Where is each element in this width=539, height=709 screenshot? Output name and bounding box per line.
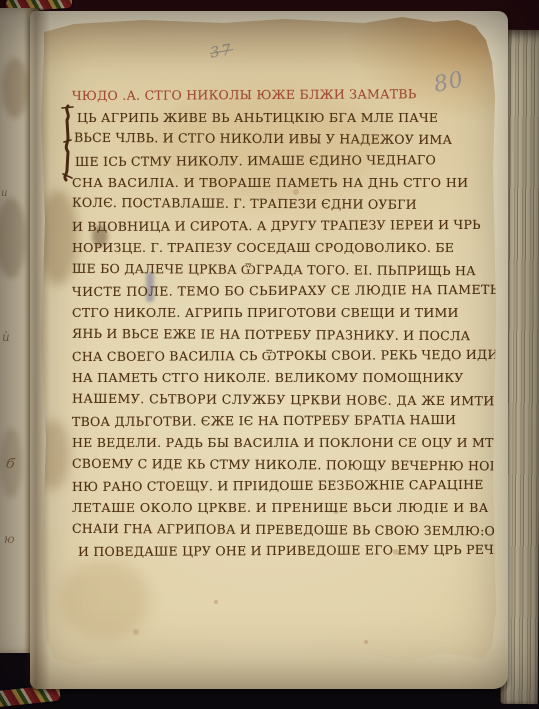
text-block: ЧЮДО .А. СТГО НИКОЛЫ ЮЖЕ БЛЖИ ЗАМАТВЬ ЦЬ… (72, 84, 476, 562)
text-line: ЦЬ АГРИПЬ ЖИВЕ ВЬ АНЬТИЦКІЮ БГА МЛЕ ПАЧЕ (77, 107, 476, 129)
text-line: ШЕ БО ДАЛЕЧЕ ЦРКВА ѾГРАДА ТОГО. ЕІ. ПЬПР… (72, 257, 476, 281)
text-line: И ВДОВНИЦА И СИРОТА. А ДРУГУ ТРАПЕЗУ ІЕР… (72, 214, 476, 238)
text-line: ЯНЬ И ВЬСЕ ЕЖЕ ІЕ НА ПОТРЕБУ ПРАЗНИКУ. И… (72, 322, 476, 346)
text-line: И ПОВЕДАШЕ ЦРУ ОНЕ И ПРИВЕДОШЕ ЕГО ЕМУ Ц… (78, 539, 476, 563)
corner-stain (60, 560, 150, 640)
photo-background: ѝ б ю и 37 80 ЧЮДО .А. СТГО НИКОЛЫ ЮЖЕ Б… (0, 0, 539, 709)
text-line: ШЕ ІСЬ СТМУ НИКОЛУ. ИМАШЕ ЄДИНО ЧЕДНАГО (75, 149, 476, 173)
facing-page-ink-mark: ю (4, 532, 15, 546)
rubric-title-line: ЧЮДО .А. СТГО НИКОЛЫ ЮЖЕ БЛЖИ ЗАМАТВЬ (72, 83, 476, 107)
text-line: ЧИСТЕ ПОЛЕ. ТЕМО БО СЬБИРАХУ СЕ ЛЮДІЕ НА… (72, 279, 476, 303)
facing-page-ink-mark: ѝ (2, 330, 10, 344)
text-line: ЛЕТАШЕ ОКОЛО ЦРКВЕ. И ПРЕНИШЕ ВЬСИ ЛЮДІЕ… (72, 497, 476, 519)
text-line: ТВОА ДЛЬГОТВИ. ЄЖЕ ІЄ НА ПОТРЕБУ БРАТІА … (72, 409, 476, 433)
text-line: КОЛЄ. ПОСТАВЛАШЕ. Г. ТРАПЕЗИ ЄДНИ ОУБГИ (72, 192, 476, 216)
text-line: СВОЕМУ С ИДЕ КЬ СТМУ НИКОЛЕ. ПОЮЩУ ВЕЧЕР… (72, 452, 476, 476)
text-line: НАШЕМУ. СЬТВОРИ СЛУЖБУ ЦРКВИ НОВЄ. ДА ЖЕ… (72, 387, 476, 411)
text-line: НОРИЗЦЕ. Г. ТРАПЕЗУ СОСЕДАШ СРОДОВОЛИКО.… (72, 237, 476, 259)
manuscript-page: 37 80 ЧЮДО .А. СТГО НИКОЛЫ ЮЖЕ БЛЖИ ЗАМА… (34, 10, 502, 692)
text-line: СНА ВАСИЛІА. И ТВОРАШЕ ПАМЕТЬ НА ДНЬ СТГ… (72, 172, 476, 194)
text-line: НЕ ВЕДЕЛИ. РАДЬ БЫ ВАСИЛІА И ПОКЛОНИ СЕ … (72, 432, 476, 454)
facing-page-ink-mark: и (1, 188, 7, 199)
text-line: СНАІИ ГНА АГРИПОВА И ПРЕВЕДОШЕ ВЬ СВОЮ З… (72, 518, 476, 542)
facing-page-stain (2, 58, 28, 118)
text-line: СТГО НИКОЛЕ. АГРИПЬ ПРИГОТОВИ СВЕЩИ И ТИ… (72, 302, 476, 324)
text-line: НЮ РАНО СТОЕЩУ. И ПРІИДОШЕ БЕЗБОЖНІЕ САР… (72, 474, 476, 498)
facing-page-stain (0, 198, 26, 278)
text-line: ВЬСЕ ЧЛВЬ. И СТГО НИКОЛИ ИВЫ У НАДЕЖОУ И… (74, 127, 476, 151)
text-line: НА ПАМЕТЬ СТГО НИКОЛЕ. ВЕЛИКОМУ ПОМОЩНИК… (72, 367, 476, 389)
pencil-scribble-number: 37 (209, 40, 235, 62)
text-line: СНА СВОЕГО ВАСИЛІА СЬ ѾТРОКЫ СВОИ. РЕКЬ … (72, 344, 476, 368)
